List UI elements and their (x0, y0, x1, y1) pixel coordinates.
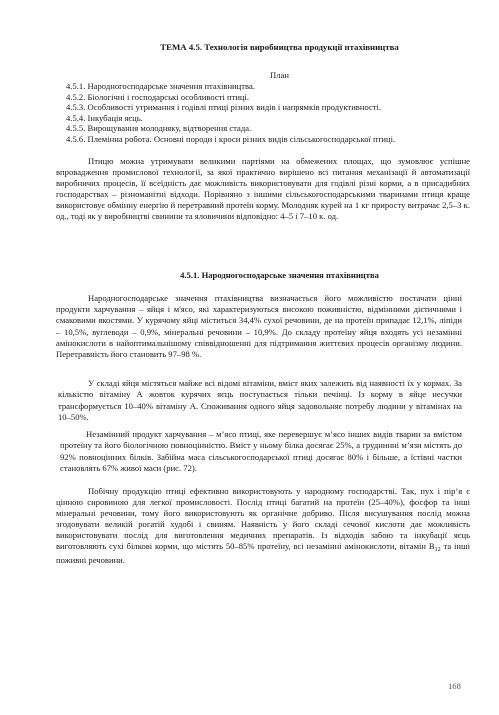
plan-list: 4.5.1. Народногосподарське значення птах… (66, 81, 395, 145)
body-paragraph: Побічну продукцію птиці ефективно викори… (56, 486, 470, 566)
intro-paragraph: Птицю можна утримувати великими партіями… (56, 156, 470, 223)
subscript: 12 (435, 547, 441, 553)
page-number: 168 (448, 681, 461, 692)
plan-item: 4.5.6. Племінна робота. Основні породи і… (66, 134, 395, 145)
body-paragraph: Народногосподарське значення птахівництв… (56, 293, 462, 360)
body-paragraph: У складі яйця містяться майже всі відомі… (58, 378, 462, 423)
section-heading: 4.5.1. Народногосподарське значення птах… (0, 270, 499, 281)
plan-item: 4.5.2. Біологічні і господарські особлив… (66, 92, 395, 103)
body-paragraph-text: Побічну продукцію птиці ефективно викори… (56, 486, 470, 551)
plan-item: 4.5.4. Інкубація яєць. (66, 113, 395, 124)
document-page: ТЕМА 4.5. Технологія виробництва продукц… (0, 0, 499, 715)
plan-item: 4.5.3. Особливості утримання і годівлі п… (66, 102, 395, 113)
body-paragraph: Незамінний продукт харчування – м’ясо пт… (60, 429, 462, 474)
plan-heading: План (0, 70, 499, 81)
plan-item: 4.5.1. Народногосподарське значення птах… (66, 81, 395, 92)
plan-item: 4.5.5. Вирощування молодняку, відтворенн… (66, 123, 395, 134)
topic-title: ТЕМА 4.5. Технологія виробництва продукц… (0, 42, 499, 53)
